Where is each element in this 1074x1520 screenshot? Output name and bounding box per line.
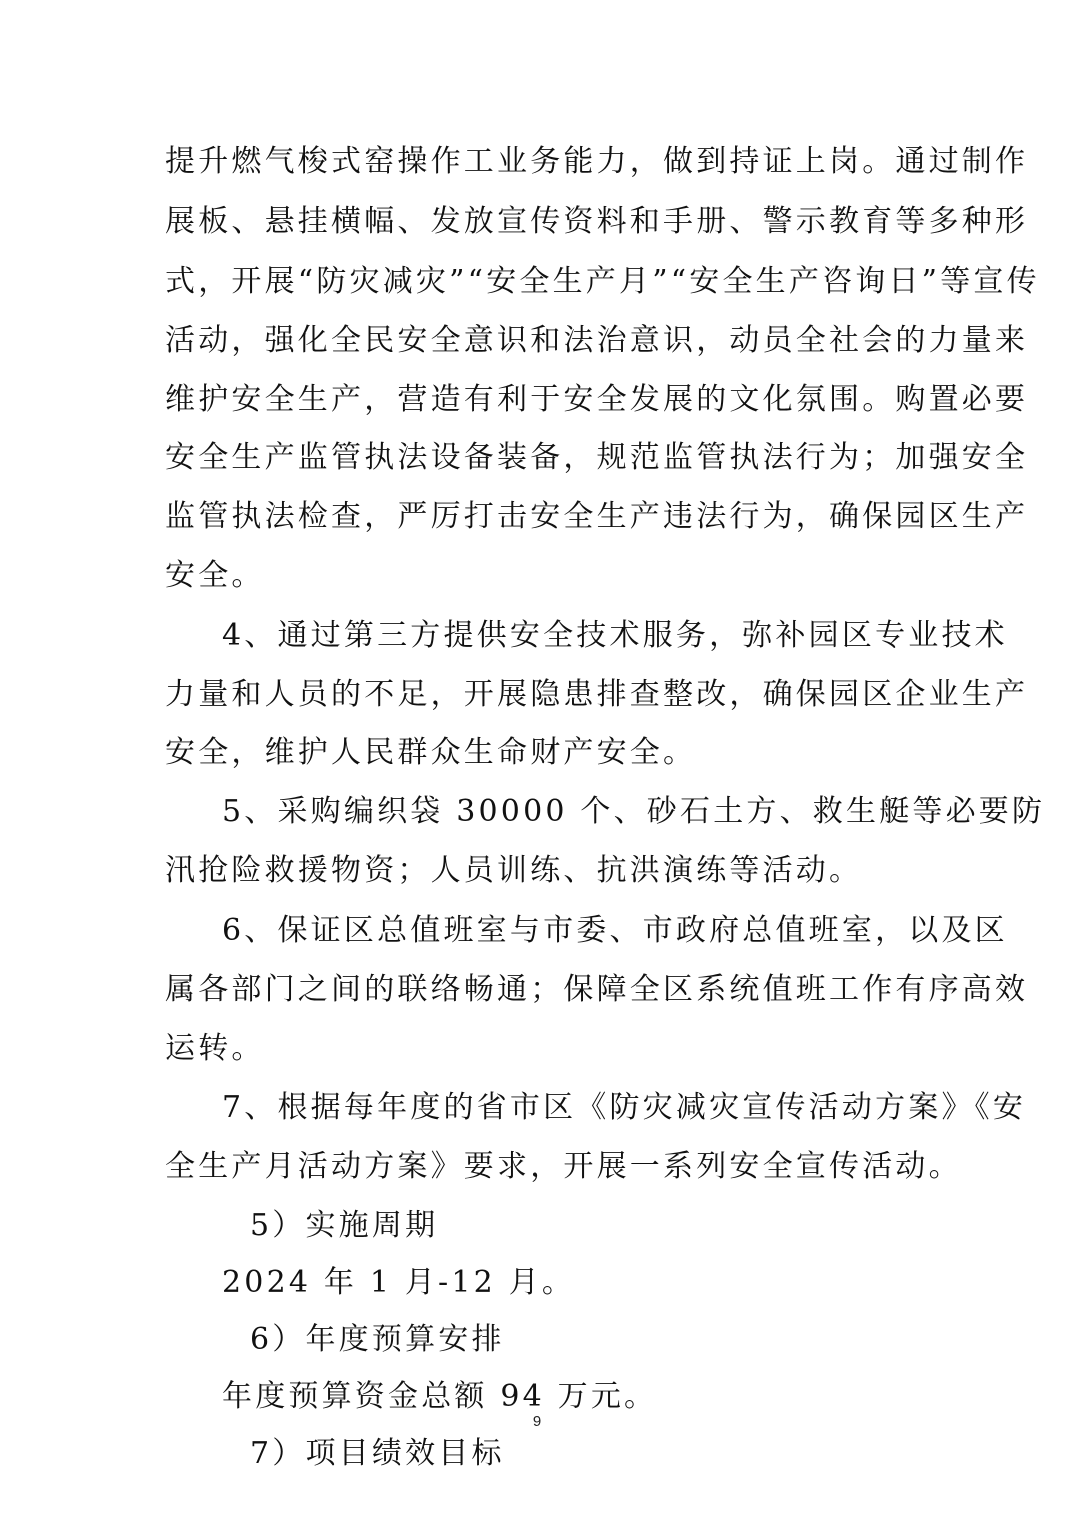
text-line: 全生产月活动方案》要求，开展一系列安全宣传活动。 [165,1147,962,1187]
text-line: 汛抢险救援物资；人员训练、抗洪演练等活动。 [165,851,862,891]
text-line: 维护安全生产，营造有利于安全发展的文化氛围。购置必要 [165,380,1028,420]
text-line: 安全生产监管执法设备装备，规范监管执法行为；加强安全 [165,438,1028,478]
text-line: 6、保证区总值班室与市委、市政府总值班室，以及区 [222,911,1008,951]
page-number: 9 [0,1412,1074,1432]
text-line: 5、采购编织袋 30000 个、砂石土方、救生艇等必要防 [222,792,1045,832]
document-page: 提升燃气梭式窑操作工业务能力，做到持证上岗。通过制作 展板、悬挂横幅、发放宣传资… [0,0,1074,1520]
text-line: 安全，维护人民群众生命财产安全。 [165,733,696,773]
section-heading: 6）年度预算安排 [250,1320,505,1360]
text-line: 式，开展“防灾减灾”“安全生产月”“安全生产咨询日”等宣传 [165,262,1040,302]
text-line: 运转。 [165,1029,265,1069]
text-line: 安全。 [165,556,265,596]
text-line: 4、通过第三方提供安全技术服务，弥补园区专业技术 [222,616,1008,656]
text-line: 提升燃气梭式窑操作工业务能力，做到持证上岗。通过制作 [165,142,1028,182]
text-line: 力量和人员的不足，开展隐患排查整改，确保园区企业生产 [165,675,1028,715]
text-line: 7、根据每年度的省市区《防灾减灾宣传活动方案》《安 [222,1088,1026,1128]
text-line: 属各部门之间的联络畅通；保障全区系统值班工作有序高效 [165,970,1028,1010]
section-body: 年度预算资金总额 94 万元。 [222,1377,657,1417]
section-body: 2024 年 1 月-12 月。 [222,1263,575,1303]
section-heading: 5）实施周期 [250,1206,438,1246]
text-line: 展板、悬挂横幅、发放宣传资料和手册、警示教育等多种形 [165,202,1028,242]
section-heading: 7）项目绩效目标 [250,1434,505,1474]
text-line: 监管执法检查，严厉打击安全生产违法行为，确保园区生产 [165,497,1028,537]
text-line: 活动，强化全民安全意识和法治意识，动员全社会的力量来 [165,321,1028,361]
